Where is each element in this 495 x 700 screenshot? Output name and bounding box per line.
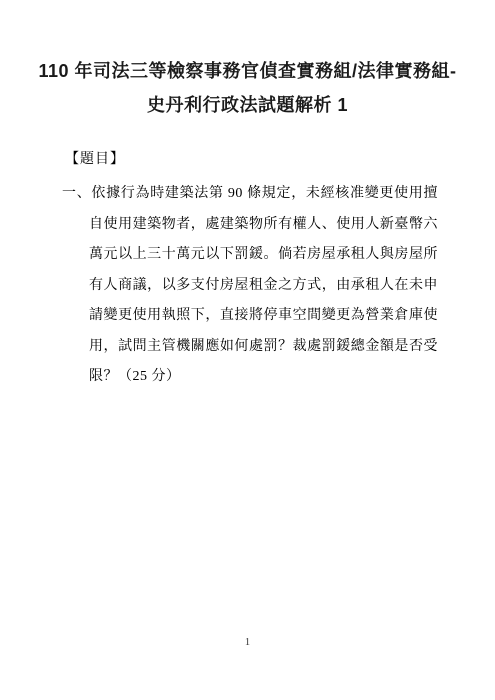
document-title-line-2: 史丹利行政法試題解析 1 (30, 88, 465, 122)
question-item: 一、依據行為時建築法第 90 條規定，未經核准變更使用擅自使用建築物者，處建築物… (62, 179, 438, 393)
question-text: 依據行為時建築法第 90 條規定，未經核准變更使用擅自使用建築物者，處建築物所有… (89, 186, 438, 384)
question-marker: 一、 (62, 186, 91, 201)
document-title: 110 年司法三等檢察事務官偵查實務組/法律實務組- 史丹利行政法試題解析 1 (30, 54, 465, 122)
document-page: 110 年司法三等檢察事務官偵查實務組/法律實務組- 史丹利行政法試題解析 1 … (0, 0, 495, 700)
document-title-line-1: 110 年司法三等檢察事務官偵查實務組/法律實務組- (30, 54, 465, 88)
section-label: 【題目】 (65, 150, 125, 170)
page-number: 1 (0, 636, 495, 650)
